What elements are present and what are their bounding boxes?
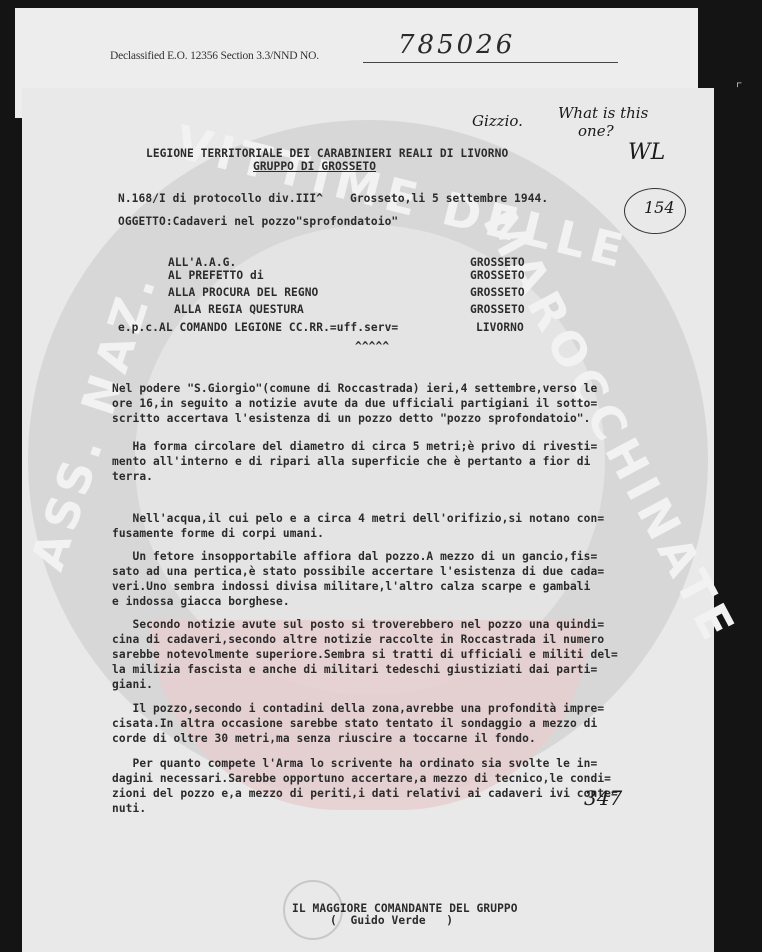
body-line: corde di oltre 30 metri,ma senza riuscir… xyxy=(112,732,536,745)
annotation-one: one? xyxy=(578,122,614,140)
annotation-initials: WL xyxy=(628,140,665,165)
recipient-name: AL PREFETTO di xyxy=(168,269,264,282)
recipient-city: GROSSETO xyxy=(470,256,525,269)
declassified-label: Declassified E.O. 12356 Section 3.3/NND … xyxy=(110,50,319,62)
separator: ^^^^^ xyxy=(355,340,389,353)
recipient-city: LIVORNO xyxy=(476,321,524,334)
corner-mark: ⌜ xyxy=(735,80,743,96)
recipient-city: GROSSETO xyxy=(470,269,525,282)
body-line: Un fetore insopportabile affiora dal poz… xyxy=(112,550,597,563)
body-line: ore 16,in seguito a notizie avute da due… xyxy=(112,397,597,410)
subject-line: OGGETTO:Cadaveri nel pozzo"sprofondatoio… xyxy=(118,215,398,228)
body-line: Nell'acqua,il cui pelo e a circa 4 metri… xyxy=(112,512,604,525)
body-line: la milizia fascista e anche di militari … xyxy=(112,663,597,676)
recipient-name: ALLA PROCURA DEL REGNO xyxy=(168,286,318,299)
body-line: sato ad una pertica,è stato possibile ac… xyxy=(112,565,604,578)
body-line: cisata.In altra occasione sarebbe stato … xyxy=(112,717,597,730)
recipient-city: GROSSETO xyxy=(470,286,525,299)
body-line: veri.Uno sembra indossi divisa militare,… xyxy=(112,580,590,593)
body-line: nuti. xyxy=(112,802,146,815)
body-line: Nel podere "S.Giorgio"(comune di Roccast… xyxy=(112,382,597,395)
body-line: zioni del pozzo e,a mezzo di periti,i da… xyxy=(112,787,618,800)
recipient-name: ALL'A.A.G. xyxy=(168,256,236,269)
body-line: mento all'interno e di ripari alla super… xyxy=(112,455,590,468)
place-date: Grosseto,li 5 settembre 1944. xyxy=(350,192,548,205)
body-line: fusamente forme di corpi umani. xyxy=(112,527,324,540)
body-line: scritto accertava l'esistenza di un pozz… xyxy=(112,412,590,425)
page-number: 347 xyxy=(584,786,622,810)
annotation-gizzio: Gizzio. xyxy=(472,112,523,130)
body-line: giani. xyxy=(112,678,153,691)
nnd-underline xyxy=(363,62,618,63)
body-line: dagini necessari.Sarebbe opportuno accer… xyxy=(112,772,611,785)
circled-number: 154 xyxy=(644,198,675,217)
body-line: sarebbe notevolmente superiore.Sembra si… xyxy=(112,648,618,661)
body-line: Il pozzo,secondo i contadini della zona,… xyxy=(112,702,604,715)
letterhead-line1: LEGIONE TERRITORIALE DEI CARABINIERI REA… xyxy=(146,147,508,160)
recipient-name: ALLA REGIA QUESTURA xyxy=(174,303,304,316)
nnd-number: 785026 xyxy=(398,30,515,60)
body-line: e indossa giacca borghese. xyxy=(112,595,290,608)
recipient-city: GROSSETO xyxy=(470,303,525,316)
body-line: Ha forma circolare del diametro di circa… xyxy=(112,440,597,453)
protocol-number: N.168/I di protocollo div.III^ xyxy=(118,192,323,205)
body-line: Secondo notizie avute sul posto si trove… xyxy=(112,618,604,631)
recipient-name: e.p.c.AL COMANDO LEGIONE CC.RR.=uff.serv… xyxy=(118,321,398,334)
letterhead-line2: GRUPPO DI GROSSETO xyxy=(253,160,376,173)
body-line: Per quanto compete l'Arma lo scrivente h… xyxy=(112,757,597,770)
body-line: cina di cadaveri,secondo altre notizie r… xyxy=(112,633,604,646)
annotation-what-is: What is this xyxy=(558,104,648,122)
signature-name: ( Guido Verde ) xyxy=(330,914,453,927)
body-line: terra. xyxy=(112,470,153,483)
